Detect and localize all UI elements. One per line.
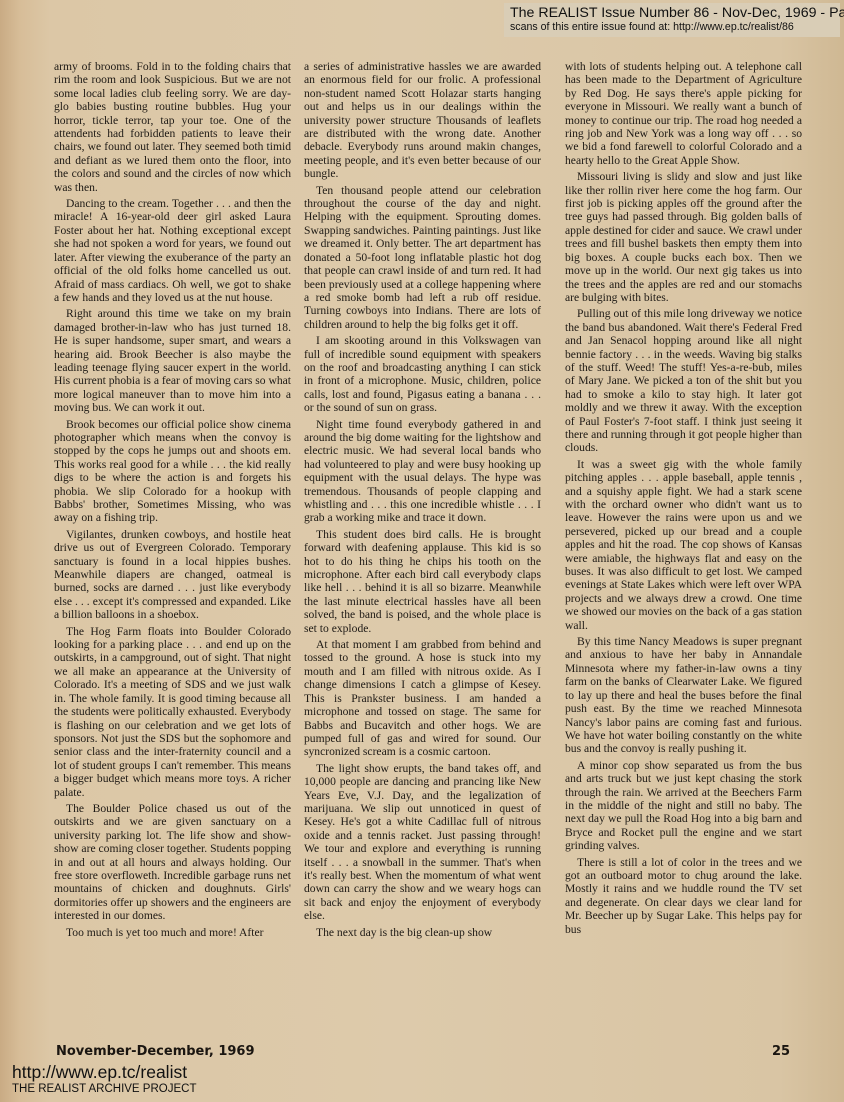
- archive-url-link[interactable]: http://www.ep.tc/realist: [12, 1062, 187, 1083]
- text-column-3: with lots of students helping out. A tel…: [565, 60, 802, 939]
- paragraph: Too much is yet too much and more! After: [54, 926, 291, 939]
- paragraph: with lots of students helping out. A tel…: [565, 60, 802, 167]
- paragraph: Missouri living is slidy and slow and ju…: [565, 170, 802, 304]
- paragraph: The Hog Farm floats into Boulder Colorad…: [54, 625, 291, 799]
- archive-banner: The REALIST Issue Number 86 - Nov-Dec, 1…: [504, 3, 840, 37]
- paragraph: I am skooting around in this Volkswagen …: [304, 334, 541, 414]
- paragraph: Ten thousand people attend our celebrati…: [304, 184, 541, 331]
- text-column-1: army of brooms. Fold in to the folding c…: [54, 60, 291, 942]
- paragraph: Vigilantes, drunken cowboys, and hostile…: [54, 528, 291, 622]
- text-column-2: a series of administrative hassles we ar…: [304, 60, 541, 942]
- paragraph: By this time Nancy Meadows is super preg…: [565, 635, 802, 756]
- issue-date: November-December, 1969: [56, 1044, 255, 1059]
- banner-subtitle: scans of this entire issue found at: htt…: [510, 21, 834, 34]
- paragraph: Night time found everybody gathered in a…: [304, 418, 541, 525]
- paragraph: This student does bird calls. He is brou…: [304, 528, 541, 635]
- paragraph: At that moment I am grabbed from behind …: [304, 638, 541, 759]
- paragraph: army of brooms. Fold in to the folding c…: [54, 60, 291, 194]
- paragraph: Right around this time we take on my bra…: [54, 307, 291, 414]
- paragraph: a series of administrative hassles we ar…: [304, 60, 541, 181]
- page-number: 25: [772, 1044, 790, 1059]
- paragraph: The light show erupts, the band takes of…: [304, 762, 541, 923]
- paragraph: A minor cop show separated us from the b…: [565, 759, 802, 853]
- paragraph: Pulling out of this mile long driveway w…: [565, 307, 802, 454]
- banner-title: The REALIST Issue Number 86 - Nov-Dec, 1…: [510, 5, 834, 21]
- paragraph: Brook becomes our official police show c…: [54, 418, 291, 525]
- paragraph: The next day is the big clean-up show: [304, 926, 541, 939]
- paragraph: It was a sweet gig with the whole family…: [565, 458, 802, 632]
- paragraph: The Boulder Police chased us out of the …: [54, 802, 291, 923]
- paragraph: Dancing to the cream. Together . . . and…: [54, 197, 291, 304]
- paragraph: There is still a lot of color in the tre…: [565, 856, 802, 936]
- archive-project-name: THE REALIST ARCHIVE PROJECT: [12, 1083, 196, 1095]
